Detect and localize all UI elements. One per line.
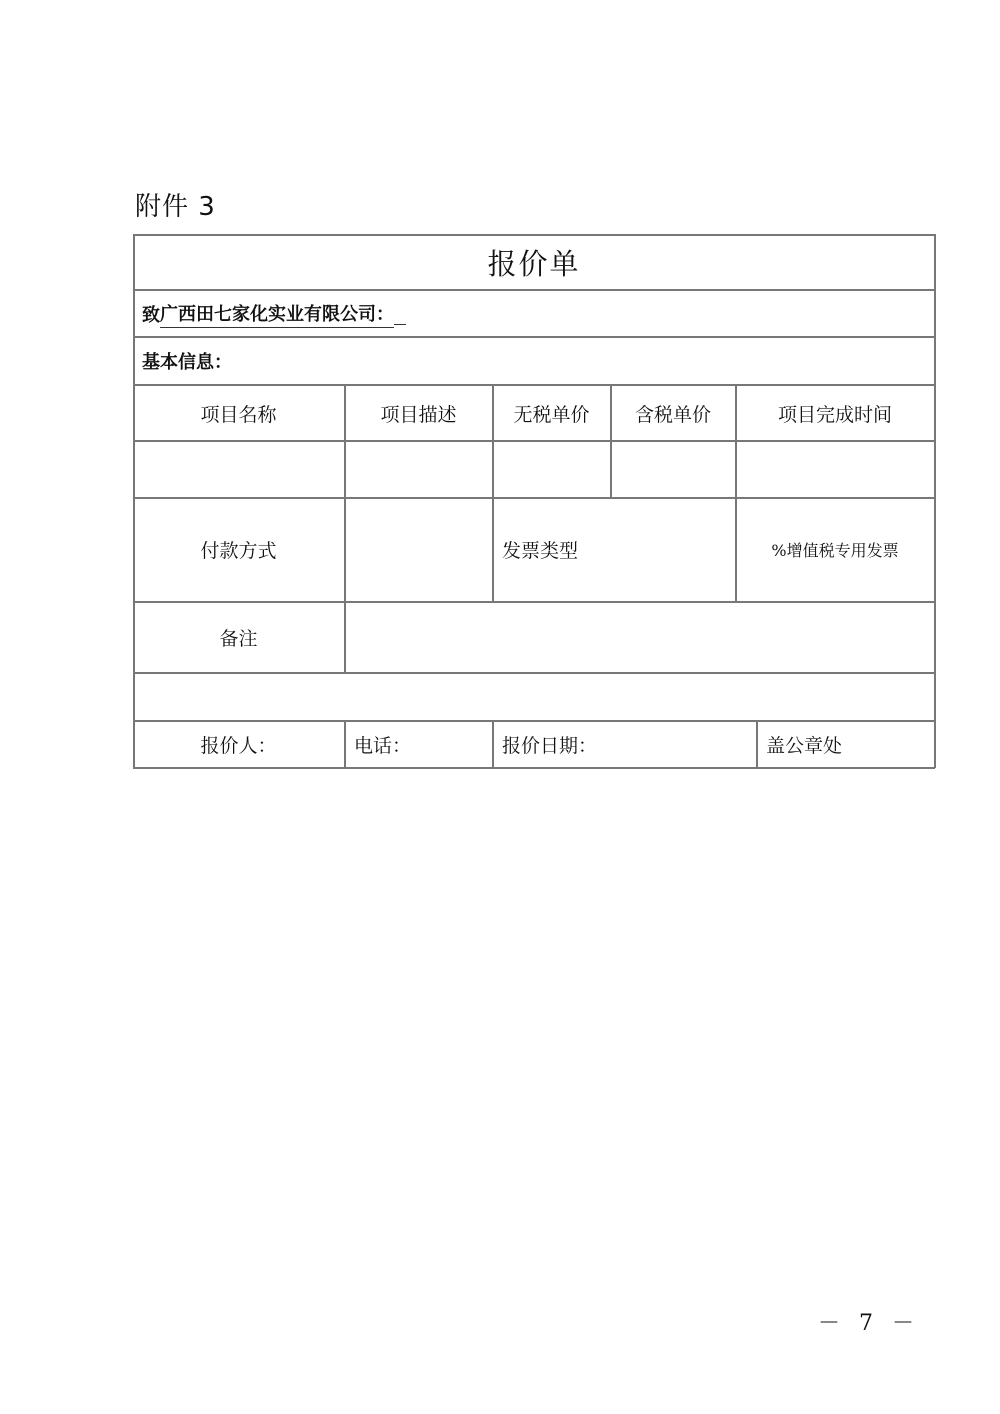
field-completion-time[interactable] bbox=[736, 441, 934, 497]
header-completion-time: 项目完成时间 bbox=[736, 385, 934, 441]
remarks-label: 备注 bbox=[133, 602, 344, 672]
quotation-form: 报价单 致广西田七家化实业有限公司： 基本信息： 项目名称 项目描述 无税单价 … bbox=[133, 234, 935, 768]
addressee-prefix: 致 bbox=[142, 301, 160, 327]
header-project-name: 项目名称 bbox=[133, 385, 344, 441]
field-remarks[interactable] bbox=[345, 602, 934, 672]
addressee-underline-tail bbox=[394, 303, 406, 325]
addressee-company: 广西田七家化实业有限公司： bbox=[160, 300, 394, 328]
page-number: － 7 － bbox=[818, 1306, 920, 1337]
basic-info-label: 基本信息： bbox=[133, 337, 935, 385]
invoice-type-label: 发票类型 bbox=[493, 498, 735, 601]
table-border bbox=[133, 767, 935, 769]
header-price-excl-tax: 无税单价 bbox=[493, 385, 610, 441]
form-title: 报价单 bbox=[133, 234, 935, 290]
header-project-description: 项目描述 bbox=[345, 385, 492, 441]
addressee-row: 致广西田七家化实业有限公司： bbox=[133, 290, 935, 337]
quoter-label: 报价人： bbox=[133, 721, 344, 767]
field-price-excl-tax[interactable] bbox=[493, 441, 610, 497]
payment-method-label: 付款方式 bbox=[133, 498, 344, 601]
field-project-description[interactable] bbox=[345, 441, 492, 497]
field-price-incl-tax[interactable] bbox=[611, 441, 735, 497]
invoice-type-value: %增值税专用发票 bbox=[736, 498, 934, 601]
seal-label: 盖公章处 bbox=[757, 721, 934, 767]
field-payment-method[interactable] bbox=[345, 498, 492, 601]
quote-date-label: 报价日期： bbox=[493, 721, 756, 767]
attachment-label: 附件 3 bbox=[135, 186, 216, 223]
field-project-name[interactable] bbox=[133, 441, 344, 497]
blank-row bbox=[133, 673, 934, 720]
header-price-incl-tax: 含税单价 bbox=[611, 385, 735, 441]
phone-label: 电话： bbox=[345, 721, 492, 767]
